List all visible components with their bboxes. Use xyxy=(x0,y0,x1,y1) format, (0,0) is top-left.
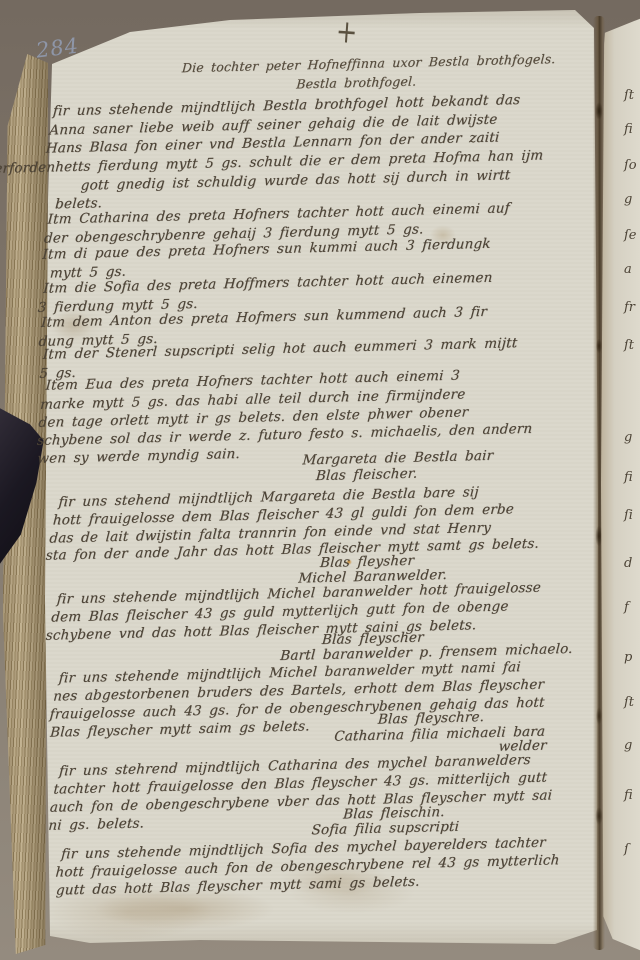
section-heading: Sofia filia supscripti xyxy=(311,819,460,839)
manuscript-photo: ſt fi ſo g ſe a fr ſt g fi ſi d f p ſt g… xyxy=(0,0,640,960)
manuscript-line: Itm Catharina des preta Hofners tachter … xyxy=(47,200,510,227)
manuscript-title-line: Die tochter peter Hofneffinna uxor Bestl… xyxy=(181,51,556,75)
handwriting-layer: Die tochter peter Hofneffinna uxor Bestl… xyxy=(0,0,640,960)
section-heading: Blas fleischer. xyxy=(315,466,418,485)
section-heading: Bestla brothfogel. xyxy=(296,74,417,92)
manuscript-line: wen sy werde myndig sain. xyxy=(37,446,241,467)
manuscript-line: ni gs. belets. xyxy=(48,815,145,833)
